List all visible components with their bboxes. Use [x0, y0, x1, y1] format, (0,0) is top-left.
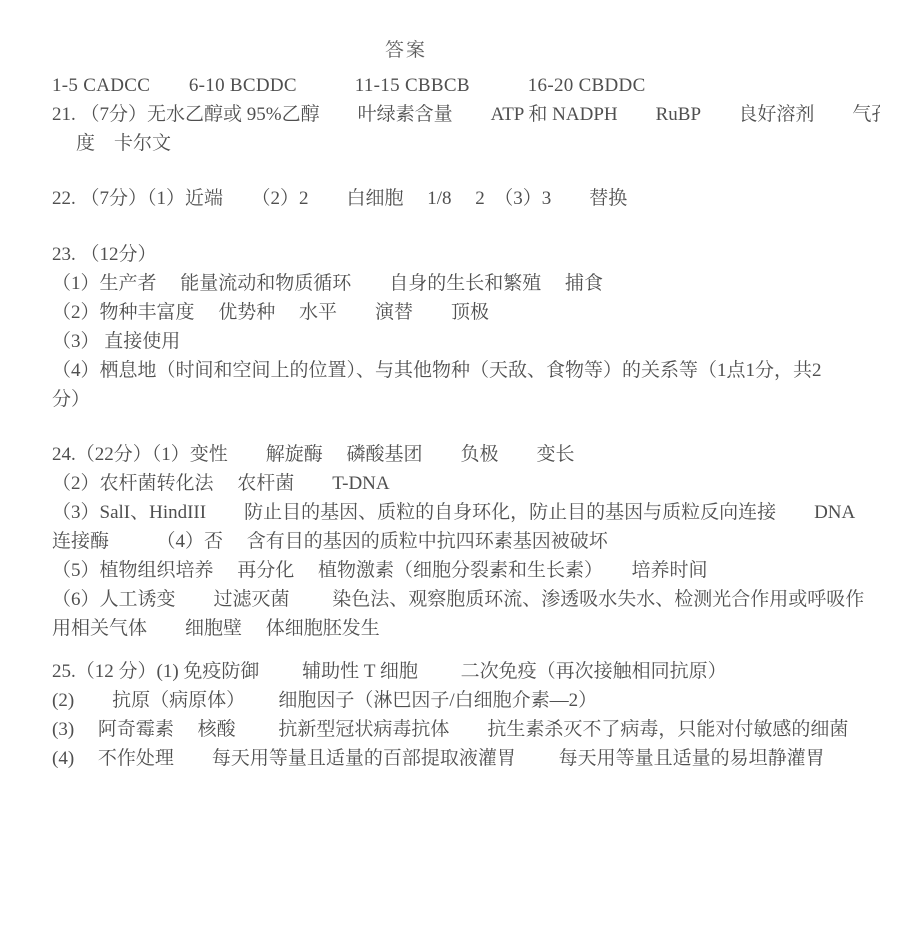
- q25-answer-line-3: (3) 阿奇霉素 核酸 抗新型冠状病毒抗体 抗生素杀灭不了病毒，只能对付敏感的细…: [52, 715, 880, 744]
- q24-answer-line-1: 24.（22分）（1）变性 解旋酶 磷酸基团 负极 变长: [52, 440, 880, 469]
- multiple-choice-answers: 1-5 CADCC 6-10 BCDDC 11-15 CBBCB 16-20 C…: [52, 71, 880, 100]
- q24-answer-line-4: 连接酶 （4）否 含有目的基因的质粒中抗四环素基因被破坏: [52, 527, 880, 556]
- q21-answer-line-1: 21. （7分）无水乙醇或 95%乙醇 叶绿素含量 ATP 和 NADPH Ru…: [52, 100, 880, 129]
- question-24-answers: 24.（22分）（1）变性 解旋酶 磷酸基团 负极 变长 （2）农杆菌转化法 农…: [52, 440, 880, 643]
- question-23-answers: 23. （12分） （1）生产者 能量流动和物质循环 自身的生长和繁殖 捕食 （…: [52, 240, 880, 414]
- q23-answer-line-5: 分）: [52, 385, 880, 414]
- q21-answer-line-2: 度 卡尔文: [52, 129, 880, 158]
- q25-answer-line-1: 25.（12 分）(1) 免疫防御 辅助性 T 细胞 二次免疫（再次接触相同抗原…: [52, 657, 880, 686]
- question-21-answers: 21. （7分）无水乙醇或 95%乙醇 叶绿素含量 ATP 和 NADPH Ru…: [52, 100, 880, 158]
- q23-answer-line-1: （1）生产者 能量流动和物质循环 自身的生长和繁殖 捕食: [52, 269, 880, 298]
- q23-answer-line-2: （2）物种丰富度 优势种 水平 演替 顶极: [52, 298, 880, 327]
- q22-answer-line-1: 22. （7分）（1）近端 （2）2 白细胞 1/8 2 （3）3 替换: [52, 184, 880, 213]
- q23-header-line: 23. （12分）: [52, 240, 880, 269]
- q24-answer-line-2: （2）农杆菌转化法 农杆菌 T-DNA: [52, 469, 880, 498]
- answer-key-document: 答案 1-5 CADCC 6-10 BCDDC 11-15 CBBCB 16-2…: [0, 0, 900, 938]
- question-25-answers: 25.（12 分）(1) 免疫防御 辅助性 T 细胞 二次免疫（再次接触相同抗原…: [52, 657, 880, 773]
- q23-answer-line-4: （4）栖息地（时间和空间上的位置）、与其他物种（天敌、食物等）的关系等（1点1分…: [52, 356, 880, 385]
- q25-answer-line-2: (2) 抗原（病原体） 细胞因子（淋巴因子/白细胞介素—2）: [52, 686, 880, 715]
- q24-answer-line-7: 用相关气体 细胞壁 体细胞胚发生: [52, 614, 880, 643]
- q24-answer-line-5: （5）植物组织培养 再分化 植物激素（细胞分裂素和生长素） 培养时间: [52, 556, 880, 585]
- q23-answer-line-3: （3） 直接使用: [52, 327, 880, 356]
- q24-answer-line-3: （3）SalI、HindIII 防止目的基因、质粒的自身环化，防止目的基因与质粒…: [52, 498, 880, 527]
- q25-answer-line-4: (4) 不作处理 每天用等量且适量的百部提取液灌胃 每天用等量且适量的易坦静灌胃: [52, 744, 880, 773]
- page-title: 答案: [52, 36, 760, 65]
- question-22-answers: 22. （7分）（1）近端 （2）2 白细胞 1/8 2 （3）3 替换: [52, 184, 880, 213]
- q24-answer-line-6: （6）人工诱变 过滤灭菌 染色法、观察胞质环流、渗透吸水失水、检测光合作用或呼吸…: [52, 585, 880, 614]
